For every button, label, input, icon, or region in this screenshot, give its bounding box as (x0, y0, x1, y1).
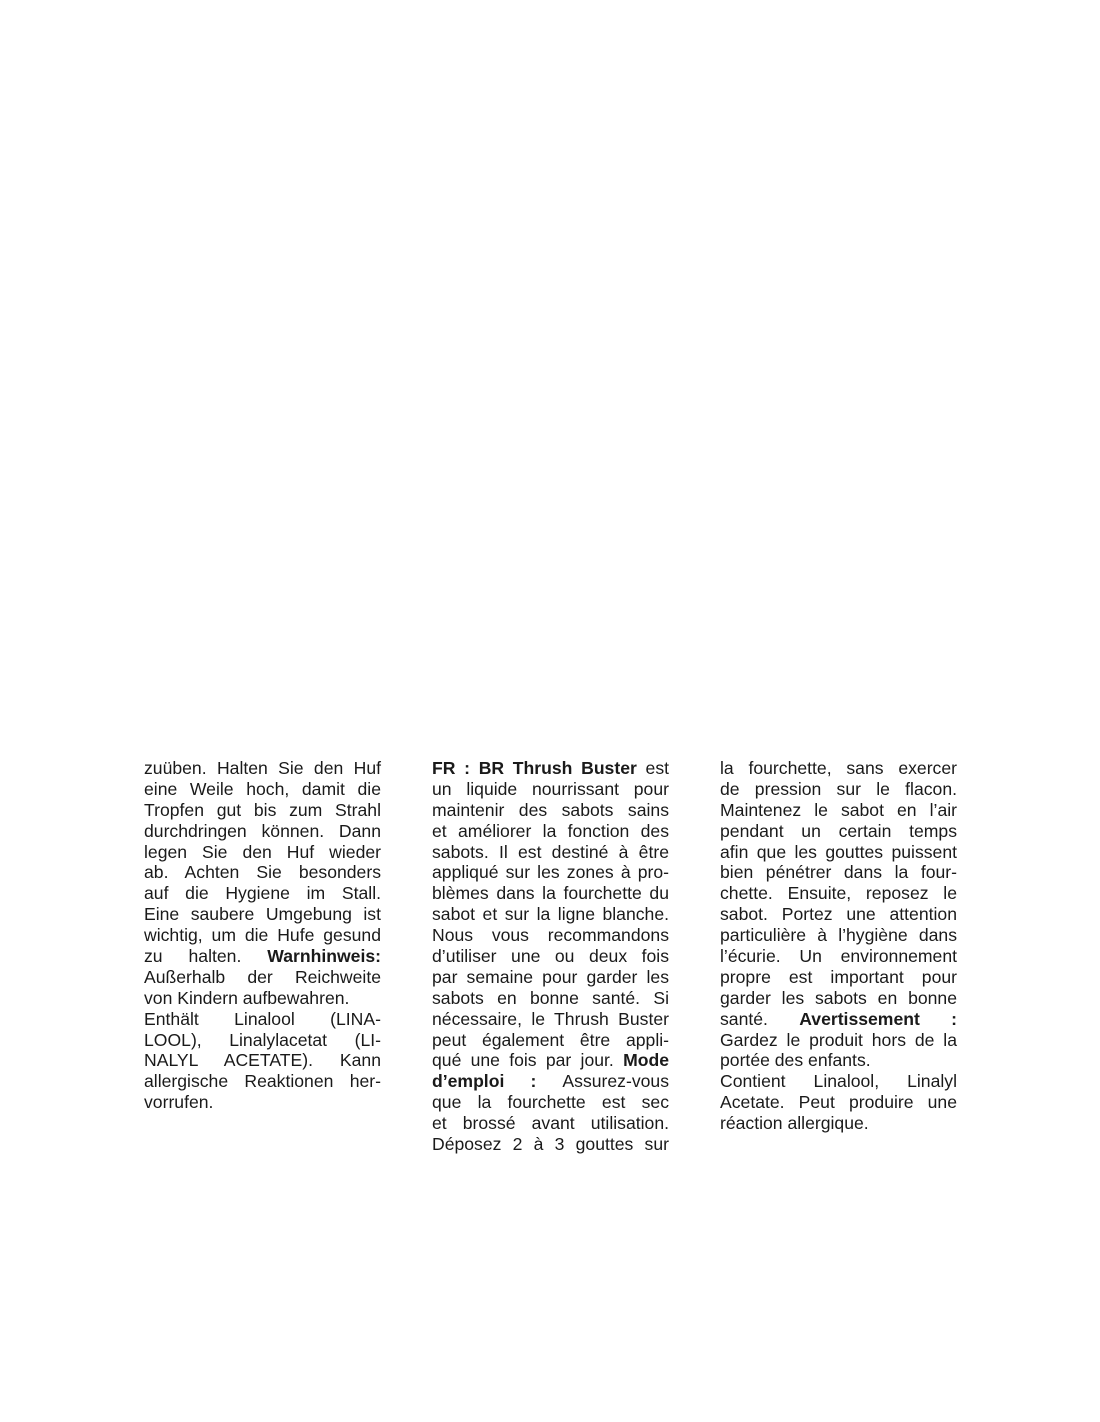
text-segment: pendant un certain temps (720, 821, 957, 841)
text-segment: Nous vous recommandons (432, 925, 669, 945)
text-line: que la fourchette est sec (432, 1092, 669, 1113)
text-line: particulière à l’hygiène dans (720, 925, 957, 946)
text-line: Contient Linalool, Linalyl (720, 1071, 957, 1092)
text-line: Déposez 2 à 3 gouttes sur (432, 1134, 669, 1155)
text-segment: ab. Achten Sie besonders (144, 862, 381, 882)
text-segment: Acetate. Peut produire une (720, 1092, 957, 1112)
text-segment: Eine saubere Umgebung ist (144, 904, 381, 924)
text-segment: auf die Hygiene im Stall. (144, 883, 381, 903)
bold-heading: d’emploi : (432, 1071, 562, 1091)
text-line: blèmes dans la fourchette du (432, 883, 669, 904)
text-segment: LOOL), Linalylacetat (LI- (144, 1030, 381, 1050)
text-segment: un liquide nourrissant pour (432, 779, 669, 799)
text-line: propre est important pour (720, 967, 957, 988)
text-segment: chette. Ensuite, reposez le (720, 883, 957, 903)
text-segment: peut également être appli- (432, 1030, 669, 1050)
text-segment: que la fourchette est sec (432, 1092, 669, 1112)
text-line: durchdringen können. Dann (144, 821, 381, 842)
text-line: santé. Avertissement : (720, 1009, 957, 1030)
text-segment: sabots en bonne santé. Si (432, 988, 669, 1008)
text-line: peut également être appli- (432, 1030, 669, 1051)
column-french-instructions: la fourchette, sans exercerde pression s… (720, 758, 957, 1134)
text-segment: Maintenez le sabot en l’air (720, 800, 957, 820)
text-line: FR : BR Thrush Buster est (432, 758, 669, 779)
text-line: et brossé avant utilisation. (432, 1113, 669, 1134)
text-line: Gardez le produit hors de la (720, 1030, 957, 1051)
text-line: sabot et sur la ligne blanche. (432, 904, 669, 925)
text-line: zu halten. Warnhinweis: (144, 946, 381, 967)
text-segment: qué une fois par jour. (432, 1050, 623, 1070)
text-line: d’emploi : Assurez-vous (432, 1071, 669, 1092)
text-segment: la fourchette, sans exercer (720, 758, 957, 778)
text-segment: est (637, 758, 669, 778)
text-segment: nécessaire, le Thrush Buster (432, 1009, 669, 1029)
text-segment: sabots. Il est destiné à être (432, 842, 669, 862)
text-line: appliqué sur les zones à pro- (432, 862, 669, 883)
text-segment: blèmes dans la fourchette du (432, 883, 669, 903)
text-line: nécessaire, le Thrush Buster (432, 1009, 669, 1030)
bold-heading: Warnhinweis: (267, 946, 381, 966)
text-segment: maintenir des sabots sains (432, 800, 669, 820)
text-line: eine Weile hoch, damit die (144, 779, 381, 800)
text-segment: d’utiliser une ou deux fois (432, 946, 669, 966)
text-segment: afin que les gouttes puissent (720, 842, 957, 862)
text-line: zuüben. Halten Sie den Huf (144, 758, 381, 779)
text-segment: et améliorer la fonction des (432, 821, 669, 841)
text-segment: appliqué sur les zones à pro- (432, 862, 669, 882)
text-line: réaction allergique. (720, 1113, 957, 1134)
text-line: allergische Reaktionen her- (144, 1071, 381, 1092)
text-line: l’écurie. Un environnement (720, 946, 957, 967)
text-segment: wichtig, um die Hufe gesund (144, 925, 381, 945)
text-segment: sabot et sur la ligne blanche. (432, 904, 669, 924)
text-segment: l’écurie. Un environnement (720, 946, 957, 966)
text-line: la fourchette, sans exercer (720, 758, 957, 779)
text-segment: bien pénétrer dans la four- (720, 862, 957, 882)
text-line: maintenir des sabots sains (432, 800, 669, 821)
text-line: sabots en bonne santé. Si (432, 988, 669, 1009)
text-segment: durchdringen können. Dann (144, 821, 381, 841)
text-line: qué une fois par jour. Mode (432, 1050, 669, 1071)
text-segment: allergische Reaktionen her- (144, 1071, 381, 1091)
bold-heading: Mode (623, 1050, 669, 1070)
text-segment: Déposez 2 à 3 gouttes sur (432, 1134, 669, 1154)
text-line: par semaine pour garder les (432, 967, 669, 988)
text-segment: particulière à l’hygiène dans (720, 925, 957, 945)
text-line: un liquide nourrissant pour (432, 779, 669, 800)
text-line: auf die Hygiene im Stall. (144, 883, 381, 904)
text-segment: Assurez-vous (562, 1071, 669, 1091)
text-line: LOOL), Linalylacetat (LI- (144, 1030, 381, 1051)
text-segment: santé. (720, 1009, 799, 1029)
text-line: bien pénétrer dans la four- (720, 862, 957, 883)
text-line: sabot. Portez une attention (720, 904, 957, 925)
text-line: sabots. Il est destiné à être (432, 842, 669, 863)
text-segment: propre est important pour (720, 967, 957, 987)
text-segment: portée des enfants. (720, 1050, 871, 1070)
text-line: wichtig, um die Hufe gesund (144, 925, 381, 946)
text-line: portée des enfants. (720, 1050, 957, 1071)
text-segment: NALYL ACETATE). Kann (144, 1050, 381, 1070)
text-segment: zu halten. (144, 946, 267, 966)
text-line: legen Sie den Huf wieder (144, 842, 381, 863)
text-segment: von Kindern aufbewahren. (144, 988, 349, 1008)
text-line: afin que les gouttes puissent (720, 842, 957, 863)
text-segment: vorrufen. (144, 1092, 213, 1112)
text-segment: Contient Linalool, Linalyl (720, 1071, 957, 1091)
text-line: Eine saubere Umgebung ist (144, 904, 381, 925)
text-segment: réaction allergique. (720, 1113, 869, 1133)
text-line: chette. Ensuite, reposez le (720, 883, 957, 904)
text-line: de pression sur le flacon. (720, 779, 957, 800)
text-line: Außerhalb der Reichweite (144, 967, 381, 988)
text-line: vorrufen. (144, 1092, 381, 1113)
text-segment: Gardez le produit hors de la (720, 1030, 957, 1050)
text-segment: par semaine pour garder les (432, 967, 669, 987)
text-line: ab. Achten Sie besonders (144, 862, 381, 883)
text-segment: et brossé avant utilisation. (432, 1113, 669, 1133)
text-line: Acetate. Peut produire une (720, 1092, 957, 1113)
text-segment: Außerhalb der Reichweite (144, 967, 381, 987)
text-segment: Enthält Linalool (LINA- (144, 1009, 381, 1029)
text-line: d’utiliser une ou deux fois (432, 946, 669, 967)
text-segment: Tropfen gut bis zum Strahl (144, 800, 381, 820)
column-german-instructions: zuüben. Halten Sie den Hufeine Weile hoc… (144, 758, 381, 1113)
text-segment: sabot. Portez une attention (720, 904, 957, 924)
text-segment: de pression sur le flacon. (720, 779, 957, 799)
text-segment: garder les sabots en bonne (720, 988, 957, 1008)
text-line: Tropfen gut bis zum Strahl (144, 800, 381, 821)
column-french-intro: FR : BR Thrush Buster estun liquide nour… (432, 758, 669, 1155)
bold-heading: FR : BR Thrush Buster (432, 758, 637, 778)
text-segment: zuüben. Halten Sie den Huf (144, 758, 381, 778)
text-line: Maintenez le sabot en l’air (720, 800, 957, 821)
text-line: garder les sabots en bonne (720, 988, 957, 1009)
text-line: et améliorer la fonction des (432, 821, 669, 842)
text-line: pendant un certain temps (720, 821, 957, 842)
bold-heading: Avertissement : (799, 1009, 957, 1029)
text-line: NALYL ACETATE). Kann (144, 1050, 381, 1071)
text-segment: legen Sie den Huf wieder (144, 842, 381, 862)
text-segment: eine Weile hoch, damit die (144, 779, 381, 799)
text-line: von Kindern aufbewahren. (144, 988, 381, 1009)
text-line: Nous vous recommandons (432, 925, 669, 946)
text-line: Enthält Linalool (LINA- (144, 1009, 381, 1030)
